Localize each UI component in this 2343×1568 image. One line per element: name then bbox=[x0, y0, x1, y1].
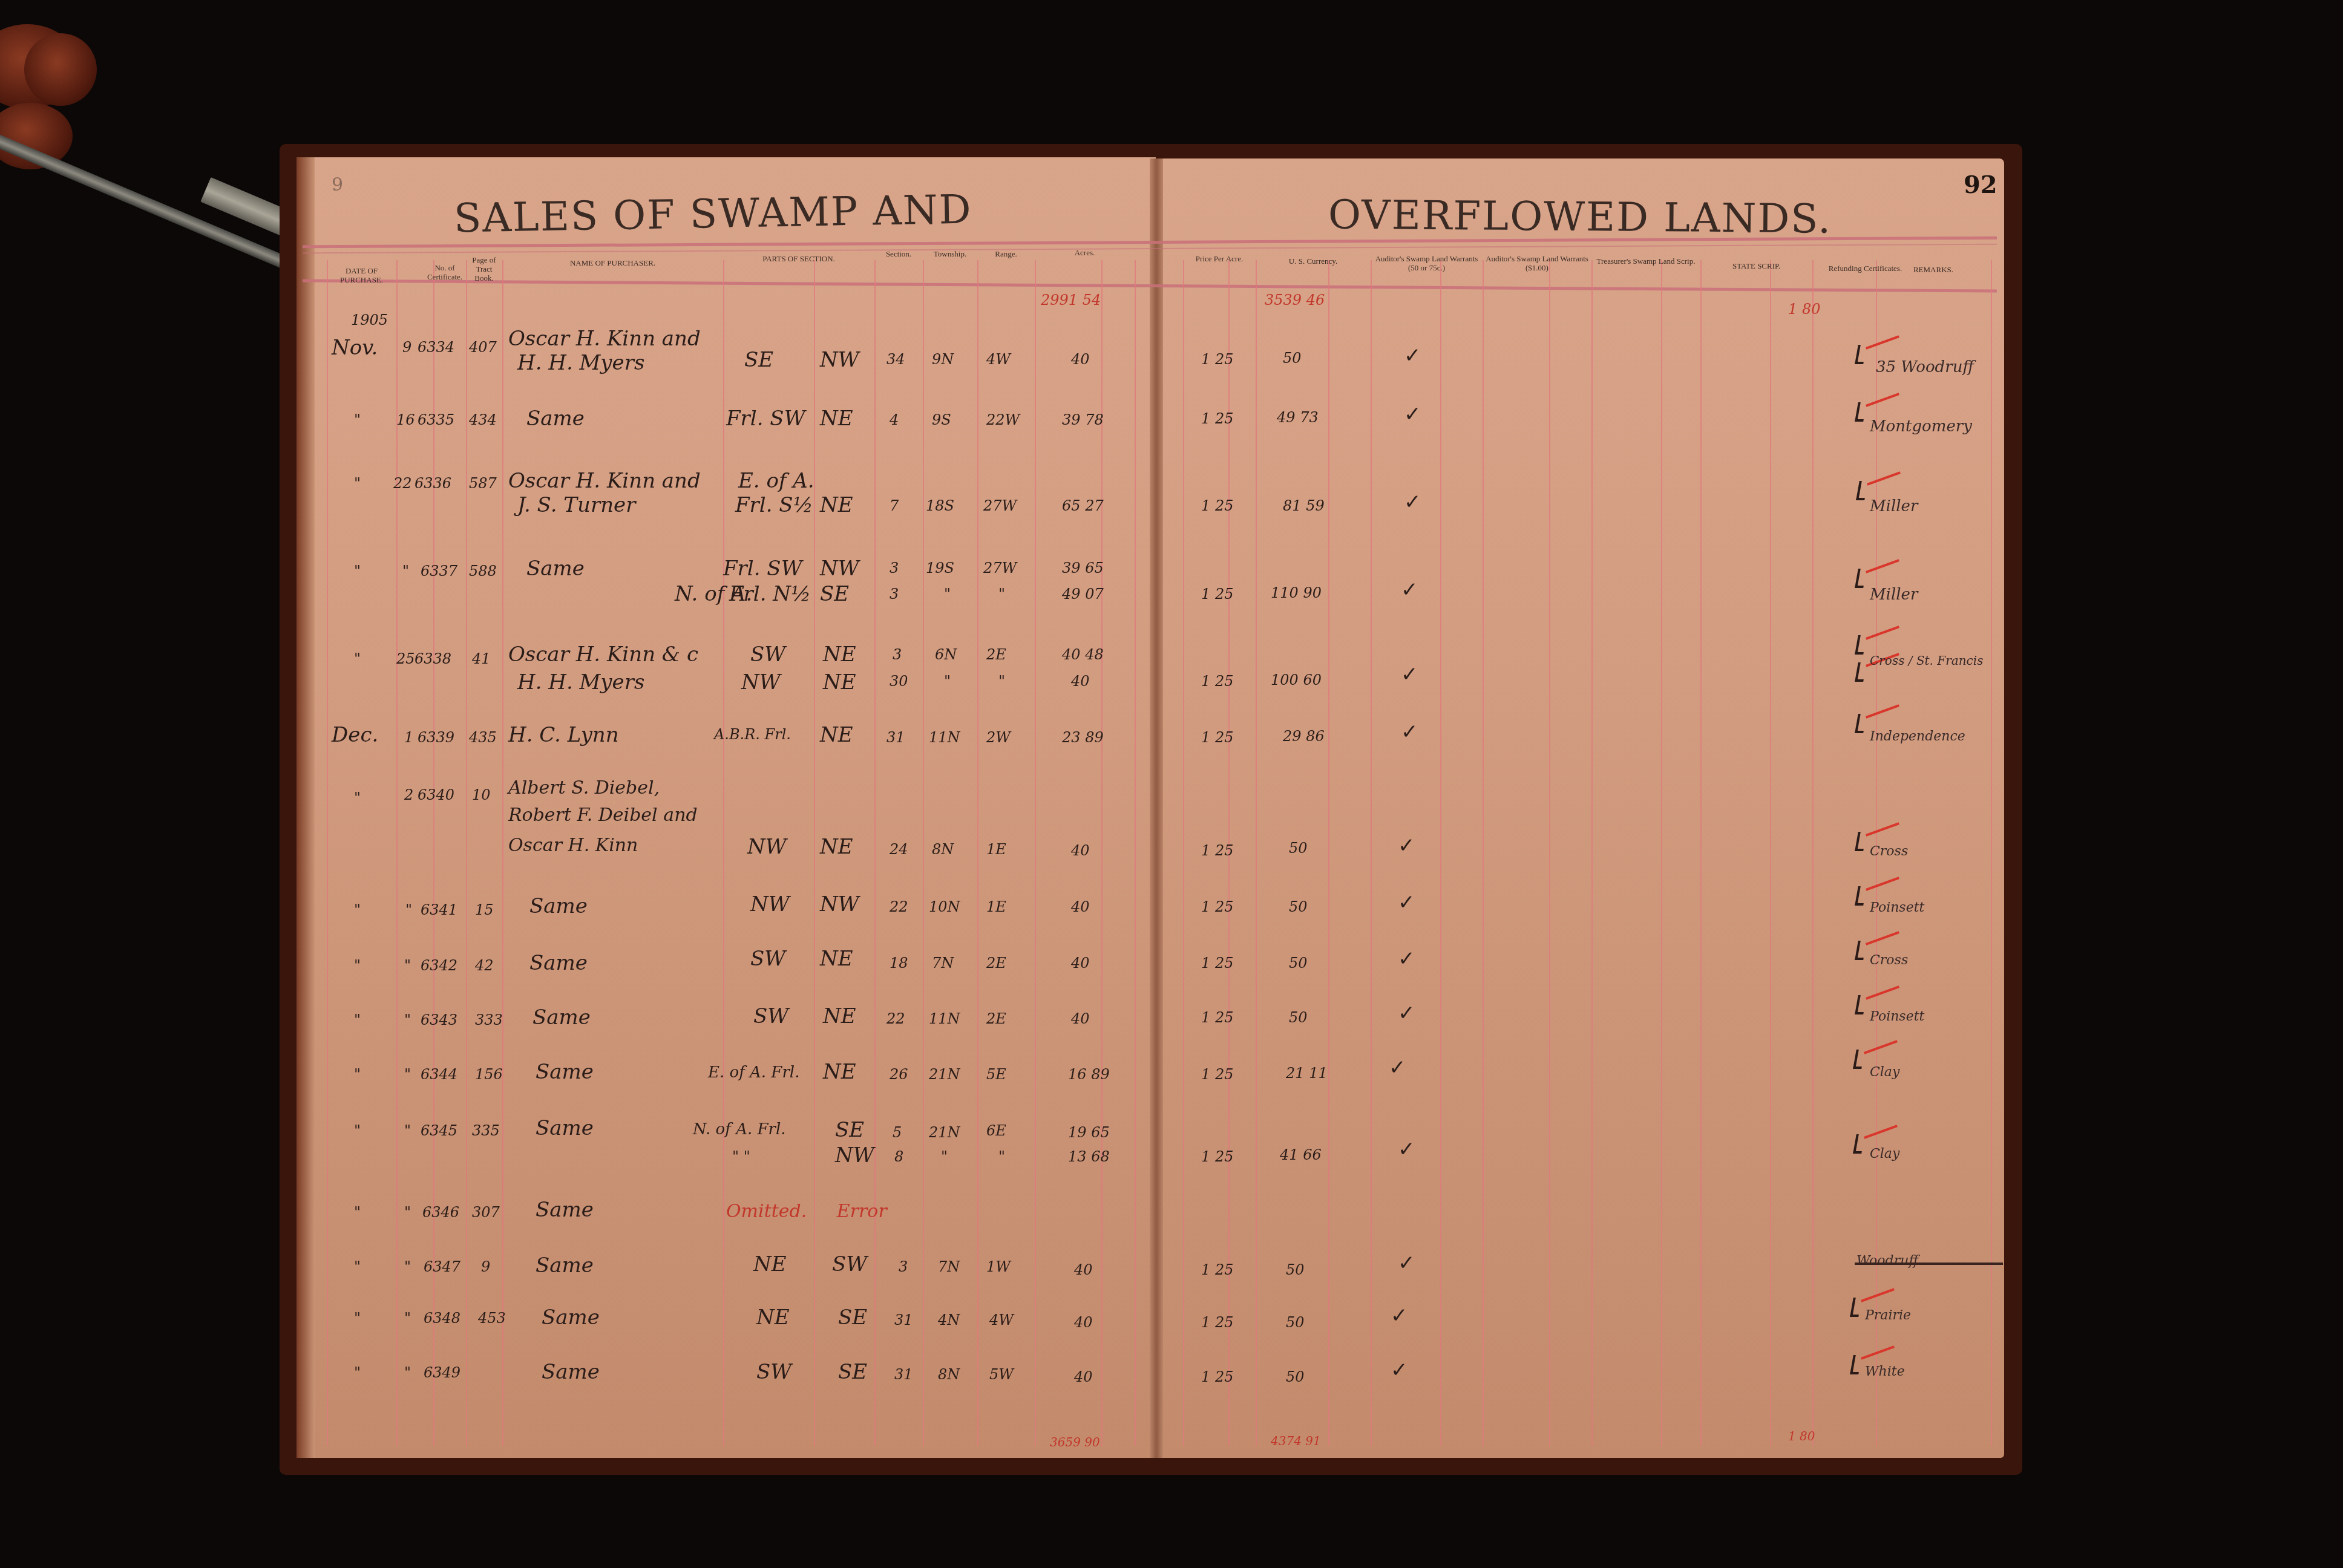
check-icon: ✓ bbox=[1404, 490, 1421, 514]
check-icon: ✓ bbox=[1404, 402, 1421, 426]
col-rule bbox=[814, 260, 815, 1446]
part: NW bbox=[820, 557, 859, 581]
section: 31 bbox=[886, 729, 905, 746]
year: 1905 bbox=[351, 312, 388, 328]
township: 8N bbox=[932, 841, 954, 858]
range: 4W bbox=[986, 351, 1011, 368]
remark: Poinsett bbox=[1870, 900, 1924, 915]
currency: 49 73 bbox=[1277, 409, 1319, 426]
acres: 40 bbox=[1071, 351, 1090, 368]
acres: 40 bbox=[1071, 842, 1090, 859]
check-icon: ✓ bbox=[1398, 1251, 1415, 1275]
tract-page: 435 bbox=[469, 729, 497, 746]
remark: Miller bbox=[1870, 586, 1918, 604]
book-gutter bbox=[1150, 158, 1163, 1458]
certificate: 6335 bbox=[418, 411, 454, 428]
price: 1 25 bbox=[1201, 1261, 1233, 1278]
header-remarks: REMARKS. bbox=[1876, 265, 1991, 274]
certificate: 6337 bbox=[421, 563, 457, 580]
range: 6E bbox=[986, 1122, 1006, 1139]
part: Frl. N½ bbox=[729, 582, 811, 606]
header-parts: PARTS OF SECTION. bbox=[723, 254, 874, 263]
part: NE bbox=[820, 835, 853, 859]
acres: 65 27 bbox=[1062, 497, 1104, 514]
month: " bbox=[354, 789, 361, 806]
col-rule bbox=[1483, 260, 1484, 1446]
range: 27W bbox=[983, 497, 1017, 514]
col-rule bbox=[502, 260, 503, 1446]
price: 1 25 bbox=[1201, 955, 1233, 972]
tract-page: 434 bbox=[469, 411, 497, 428]
part: Frl. SW bbox=[726, 407, 805, 431]
acres: 16 89 bbox=[1068, 1066, 1110, 1083]
month: " bbox=[354, 1258, 361, 1275]
acres: 13 68 bbox=[1068, 1148, 1110, 1165]
currency: 50 bbox=[1283, 350, 1302, 367]
header-treasurer: Treasurer's Swamp Land Scrip. bbox=[1591, 256, 1700, 266]
header-auditor-100: Auditor's Swamp Land Warrants ($1.00) bbox=[1483, 254, 1591, 272]
purchaser: H. H. Myers bbox=[517, 670, 644, 694]
part-prefix: E. of A. bbox=[738, 469, 814, 493]
township: 6N bbox=[935, 646, 957, 663]
check-icon: ✓ bbox=[1398, 1137, 1415, 1161]
tract-page: 9 bbox=[481, 1258, 490, 1275]
purchaser: Same bbox=[536, 1253, 594, 1278]
month: " bbox=[354, 650, 361, 667]
section: 34 bbox=[886, 351, 905, 368]
purchaser: Robert F. Deibel and bbox=[508, 805, 698, 826]
section: 24 bbox=[890, 841, 908, 858]
township: 11N bbox=[929, 1010, 960, 1027]
price: 1 25 bbox=[1201, 1066, 1233, 1083]
section: 31 bbox=[894, 1312, 913, 1328]
remark: Montgomery bbox=[1870, 417, 1972, 436]
header-township: Township. bbox=[923, 249, 977, 258]
purchaser: H. H. Myers bbox=[517, 351, 644, 375]
part: SE bbox=[744, 348, 773, 372]
check-icon: ✓ bbox=[1398, 890, 1415, 915]
remark-check-icon bbox=[1856, 569, 1899, 587]
certificate: 6343 bbox=[421, 1011, 457, 1028]
part: NW bbox=[750, 892, 790, 916]
township: 19S bbox=[926, 560, 954, 577]
price: 1 25 bbox=[1201, 898, 1233, 915]
currency: 41 66 bbox=[1280, 1146, 1322, 1163]
remark: Prairie bbox=[1865, 1308, 1911, 1323]
currency: 50 bbox=[1286, 1314, 1305, 1331]
part: NW bbox=[820, 892, 859, 916]
part: E. of A. Frl. bbox=[708, 1063, 799, 1082]
part: NE bbox=[820, 723, 853, 747]
purchaser: Oscar H. Kinn & c bbox=[508, 642, 698, 667]
township: 9N bbox=[932, 351, 954, 368]
tract-page: 453 bbox=[478, 1310, 506, 1327]
day: " bbox=[404, 1122, 411, 1139]
purchaser: Same bbox=[526, 407, 585, 431]
part: SW bbox=[753, 1004, 788, 1028]
purchaser: Same bbox=[526, 557, 585, 581]
month: " bbox=[354, 1011, 361, 1028]
col-rule bbox=[923, 260, 924, 1446]
part: NE bbox=[820, 407, 853, 431]
certificate: 6340 bbox=[418, 786, 454, 803]
col-rule bbox=[1812, 260, 1814, 1446]
part: Frl. S½ bbox=[735, 493, 813, 517]
purchaser: Oscar H. Kinn and bbox=[508, 469, 701, 493]
section: 30 bbox=[890, 673, 908, 690]
tract-page: 587 bbox=[469, 475, 497, 492]
certificate: 6346 bbox=[422, 1204, 459, 1221]
township: 10N bbox=[929, 898, 960, 915]
col-rule bbox=[1770, 260, 1771, 1446]
section: 3 bbox=[890, 586, 899, 603]
total-refunding: 1 80 bbox=[1788, 1429, 1815, 1443]
month: " bbox=[354, 957, 361, 974]
part: Frl. SW bbox=[723, 557, 802, 581]
part: SE bbox=[838, 1360, 867, 1384]
certificate: 6342 bbox=[421, 957, 457, 974]
township: 9S bbox=[932, 411, 951, 428]
remark: Independence bbox=[1870, 729, 1965, 744]
carried-refunding: 1 80 bbox=[1788, 301, 1820, 318]
col-rule bbox=[327, 260, 328, 1446]
col-rule bbox=[1135, 260, 1136, 1446]
part: N. of A. Frl. bbox=[693, 1120, 786, 1138]
acres: 40 48 bbox=[1062, 646, 1104, 663]
remark: Miller bbox=[1870, 497, 1918, 515]
price: 1 25 bbox=[1201, 842, 1233, 859]
header-section: Section. bbox=[874, 249, 923, 258]
part: NW bbox=[747, 835, 787, 859]
header-date: DATE OF PURCHASE. bbox=[327, 266, 396, 284]
header-state-scrip: STATE SCRIP. bbox=[1700, 261, 1812, 270]
day: " bbox=[402, 563, 409, 580]
purchaser: Oscar H. Kinn and bbox=[508, 327, 701, 351]
remark: Clay bbox=[1870, 1065, 1899, 1080]
part: NE bbox=[823, 1060, 856, 1084]
month: " bbox=[354, 475, 361, 492]
price: 1 25 bbox=[1201, 673, 1233, 690]
check-icon: ✓ bbox=[1398, 947, 1415, 971]
col-rule bbox=[466, 260, 467, 1446]
part: NW bbox=[820, 348, 859, 372]
section: 3 bbox=[899, 1258, 908, 1275]
strikethrough bbox=[1855, 1263, 2003, 1265]
header-price: Price Per Acre. bbox=[1183, 254, 1256, 263]
acres: 49 07 bbox=[1062, 586, 1104, 603]
remark-check-icon bbox=[1858, 481, 1900, 499]
col-rule bbox=[1328, 260, 1329, 1446]
month: " bbox=[354, 1066, 361, 1083]
range: 27W bbox=[983, 560, 1017, 577]
month: Dec. bbox=[332, 723, 378, 747]
day: " bbox=[405, 901, 412, 918]
price: 1 25 bbox=[1201, 1314, 1233, 1331]
certificate: 6348 bbox=[424, 1310, 460, 1327]
total-acres: 3659 90 bbox=[1050, 1435, 1100, 1449]
range: 5E bbox=[986, 1066, 1006, 1083]
part: " " bbox=[732, 1148, 750, 1165]
currency: 50 bbox=[1289, 955, 1308, 972]
section: 7 bbox=[890, 497, 899, 514]
section: 4 bbox=[890, 411, 899, 428]
header-us-currency: U. S. Currency. bbox=[1256, 256, 1371, 266]
price: 1 25 bbox=[1201, 351, 1233, 368]
day: 16 bbox=[396, 411, 415, 428]
price: 1 25 bbox=[1201, 1009, 1233, 1026]
township: " bbox=[944, 586, 951, 603]
township: 8N bbox=[938, 1366, 960, 1383]
day: " bbox=[404, 1258, 411, 1275]
section: 3 bbox=[890, 560, 899, 577]
acres: 39 78 bbox=[1062, 411, 1104, 428]
purchaser: Same bbox=[529, 894, 588, 918]
currency: 50 bbox=[1289, 898, 1308, 915]
remark: Clay bbox=[1870, 1146, 1899, 1161]
range: 2E bbox=[986, 955, 1006, 972]
remark-check-icon bbox=[1856, 635, 1899, 653]
currency: 100 60 bbox=[1271, 671, 1322, 688]
range: 4W bbox=[989, 1312, 1014, 1328]
range: 2W bbox=[986, 729, 1011, 746]
day: " bbox=[404, 1204, 411, 1221]
currency: 50 bbox=[1289, 840, 1308, 857]
township: 4N bbox=[938, 1312, 960, 1328]
range: 5W bbox=[989, 1366, 1014, 1383]
col-rule bbox=[723, 260, 724, 1446]
month: " bbox=[354, 1204, 361, 1221]
price: 1 25 bbox=[1201, 410, 1233, 427]
price: 1 25 bbox=[1201, 586, 1233, 603]
tract-page: 588 bbox=[469, 563, 497, 580]
currency: 81 59 bbox=[1283, 497, 1325, 514]
day: 22 bbox=[393, 475, 412, 492]
acres: 40 bbox=[1071, 898, 1090, 915]
day: 2 bbox=[404, 786, 413, 803]
col-rule bbox=[396, 260, 398, 1446]
part: SW bbox=[750, 947, 785, 971]
township: " bbox=[944, 673, 951, 690]
col-rule bbox=[1256, 260, 1257, 1446]
finger bbox=[24, 33, 97, 106]
part: SE bbox=[838, 1305, 867, 1330]
tract-page: 42 bbox=[475, 957, 494, 974]
check-icon: ✓ bbox=[1391, 1304, 1408, 1328]
carried-acres: 2991 54 bbox=[1041, 292, 1101, 309]
day: 9 bbox=[402, 339, 411, 356]
section: 22 bbox=[886, 1010, 905, 1027]
month: " bbox=[354, 1310, 361, 1327]
section: 18 bbox=[890, 955, 908, 972]
township: 7N bbox=[932, 955, 954, 972]
certificate: 6341 bbox=[421, 901, 457, 918]
title-right: OVERFLOWED LANDS. bbox=[1328, 191, 1832, 242]
remark-struck: Woodruff bbox=[1856, 1253, 1918, 1269]
section: 22 bbox=[890, 898, 908, 915]
acres: 19 65 bbox=[1068, 1124, 1110, 1141]
remark: Cross bbox=[1870, 844, 1908, 859]
total-currency: 4374 91 bbox=[1271, 1434, 1321, 1448]
acres: 39 65 bbox=[1062, 560, 1104, 577]
section: 8 bbox=[894, 1148, 903, 1165]
acres: 40 bbox=[1071, 955, 1090, 972]
section: 5 bbox=[893, 1124, 902, 1141]
part: NE bbox=[820, 493, 853, 517]
price: 1 25 bbox=[1201, 497, 1233, 514]
range: 1E bbox=[986, 841, 1006, 858]
certificate: 6339 bbox=[418, 729, 454, 746]
acres: 40 bbox=[1071, 1010, 1090, 1027]
part: NE bbox=[756, 1305, 790, 1330]
part: A.B.R. Frl. bbox=[714, 726, 791, 743]
currency: 110 90 bbox=[1271, 584, 1322, 601]
col-rule bbox=[1371, 260, 1372, 1446]
certificate: 6338 bbox=[415, 650, 451, 667]
price: 1 25 bbox=[1201, 1148, 1233, 1165]
purchaser: Same bbox=[532, 1005, 591, 1030]
check-icon: ✓ bbox=[1401, 578, 1418, 602]
currency: 50 bbox=[1286, 1368, 1305, 1385]
section: 3 bbox=[893, 646, 902, 663]
tract-page: 10 bbox=[472, 786, 491, 803]
part: SW bbox=[750, 642, 785, 667]
remark: Cross / St. Francis bbox=[1870, 653, 1983, 668]
certificate: 6345 bbox=[421, 1122, 457, 1139]
col-rule bbox=[1440, 260, 1441, 1446]
col-rule bbox=[977, 260, 978, 1446]
part: SW bbox=[756, 1360, 791, 1384]
purchaser: Same bbox=[542, 1305, 600, 1330]
purchaser: Oscar H. Kinn bbox=[508, 835, 638, 856]
acres: 40 bbox=[1074, 1314, 1093, 1331]
currency: 21 11 bbox=[1286, 1065, 1328, 1082]
purchaser: Same bbox=[536, 1060, 594, 1084]
part: NE bbox=[753, 1252, 787, 1276]
acres: 40 bbox=[1071, 673, 1090, 690]
part: NE bbox=[823, 670, 856, 694]
remark: White bbox=[1865, 1364, 1905, 1379]
price: 1 25 bbox=[1201, 1368, 1233, 1385]
range: " bbox=[998, 673, 1005, 690]
tract-page: 335 bbox=[472, 1122, 500, 1139]
header-tract-page: Page of Tract Book. bbox=[466, 255, 502, 283]
tract-page: 15 bbox=[475, 901, 494, 918]
header-cert: No. of Certificate. bbox=[424, 263, 466, 281]
check-icon: ✓ bbox=[1398, 1001, 1415, 1025]
col-rule bbox=[1991, 260, 1992, 1446]
tract-page: 41 bbox=[472, 650, 491, 667]
purchaser: Same bbox=[536, 1116, 594, 1140]
col-rule bbox=[1183, 260, 1184, 1446]
currency: 29 86 bbox=[1283, 728, 1325, 745]
col-rule bbox=[1591, 260, 1593, 1446]
check-icon: ✓ bbox=[1404, 344, 1421, 368]
acres: 40 bbox=[1074, 1261, 1093, 1278]
title-left: SALES OF SWAMP AND bbox=[453, 186, 972, 242]
col-rule bbox=[874, 260, 876, 1446]
remark: 35 Woodruff bbox=[1876, 358, 1974, 376]
header-name: NAME OF PURCHASER. bbox=[502, 258, 723, 267]
tract-page: 407 bbox=[469, 339, 497, 356]
certificate: 6336 bbox=[415, 475, 451, 492]
section: 31 bbox=[894, 1366, 913, 1383]
header-range: Range. bbox=[977, 249, 1035, 258]
check-icon: ✓ bbox=[1389, 1056, 1406, 1080]
acres: 23 89 bbox=[1062, 729, 1104, 746]
part: SE bbox=[820, 582, 849, 606]
month: " bbox=[354, 901, 361, 918]
certificate: 6349 bbox=[424, 1364, 460, 1381]
month: " bbox=[354, 1364, 361, 1381]
certificate: 6344 bbox=[421, 1066, 457, 1083]
certificate: 6334 bbox=[418, 339, 454, 356]
township: 21N bbox=[929, 1066, 960, 1083]
purchaser: Same bbox=[529, 951, 588, 975]
month: Nov. bbox=[332, 336, 378, 360]
range: 1W bbox=[986, 1258, 1011, 1275]
purchaser: H. C. Lynn bbox=[508, 723, 619, 747]
tract-page: 333 bbox=[475, 1011, 503, 1028]
part: NE bbox=[820, 947, 853, 971]
purchaser: Same bbox=[542, 1360, 600, 1384]
currency: 50 bbox=[1286, 1261, 1305, 1278]
day: " bbox=[404, 1364, 411, 1381]
part: NW bbox=[741, 670, 781, 694]
page-number: 92 bbox=[1964, 171, 1997, 199]
range: 1E bbox=[986, 898, 1006, 915]
purchaser: Albert S. Diebel, bbox=[508, 777, 660, 799]
col-rule bbox=[1700, 260, 1702, 1446]
header-acres: Acres. bbox=[1035, 248, 1135, 257]
remark: Poinsett bbox=[1870, 1009, 1924, 1024]
part: SE bbox=[835, 1118, 864, 1142]
section: 26 bbox=[890, 1066, 908, 1083]
check-icon: ✓ bbox=[1398, 834, 1415, 858]
col-rule bbox=[1549, 260, 1550, 1446]
omitted-error-note: Omitted. Error bbox=[726, 1201, 887, 1222]
range: " bbox=[998, 586, 1005, 603]
part: SW bbox=[832, 1252, 867, 1276]
day: " bbox=[404, 1011, 411, 1028]
check-icon: ✓ bbox=[1401, 720, 1418, 744]
col-rule bbox=[1661, 260, 1662, 1446]
township: 21N bbox=[929, 1124, 960, 1141]
tract-page: 307 bbox=[472, 1204, 500, 1221]
col-rule bbox=[1035, 260, 1036, 1446]
purchaser: J. S. Turner bbox=[517, 493, 635, 517]
check-icon: ✓ bbox=[1401, 662, 1418, 687]
day: 25 bbox=[396, 650, 415, 667]
day: " bbox=[404, 1310, 411, 1327]
header-auditor-50: Auditor's Swamp Land Warrants (50 or 75c… bbox=[1371, 254, 1483, 272]
range: 2E bbox=[986, 646, 1006, 663]
day: 1 bbox=[404, 729, 413, 746]
range: " bbox=[998, 1148, 1005, 1165]
day: " bbox=[404, 957, 411, 974]
township: 18S bbox=[926, 497, 954, 514]
check-icon: ✓ bbox=[1391, 1358, 1408, 1382]
month: " bbox=[354, 563, 361, 580]
price: 1 25 bbox=[1201, 729, 1233, 746]
currency: 50 bbox=[1289, 1009, 1308, 1026]
remark: Cross bbox=[1870, 953, 1908, 968]
month: " bbox=[354, 1122, 361, 1139]
purchaser: Same bbox=[536, 1198, 594, 1222]
township: 7N bbox=[938, 1258, 960, 1275]
part: NW bbox=[835, 1143, 874, 1168]
acres: 40 bbox=[1074, 1368, 1093, 1385]
col-rule bbox=[1101, 260, 1103, 1446]
